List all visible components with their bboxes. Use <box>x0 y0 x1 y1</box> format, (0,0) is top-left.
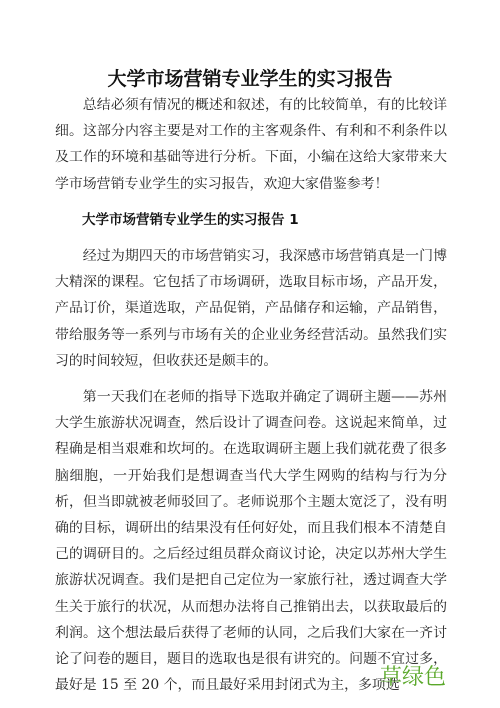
watermark-label: 草绿色 <box>380 660 446 691</box>
page-number: 1 <box>247 657 251 664</box>
section-heading: 大学市场营销专业学生的实习报告 1 <box>55 207 447 233</box>
document-page: 大学市场营销专业学生的实习报告 总结必须有情况的概述和叙述，有的比较简单，有的比… <box>0 0 500 708</box>
body-paragraph-1: 经过为期四天的市场营销实习，我深感市场营销真是一门博大精深的课程。它包括了市场调… <box>55 243 447 374</box>
intro-paragraph: 总结必须有情况的概述和叙述，有的比较简单，有的比较详细。这部分内容主要是对工作的… <box>55 92 447 197</box>
document-title: 大学市场营销专业学生的实习报告 <box>0 64 500 91</box>
body-paragraph-2: 第一天我们在老师的指导下选取并确定了调研主题——苏州大学生旅游状况调查，然后设计… <box>55 384 447 698</box>
document-body: 总结必须有情况的概述和叙述，有的比较简单，有的比较详细。这部分内容主要是对工作的… <box>55 92 447 698</box>
